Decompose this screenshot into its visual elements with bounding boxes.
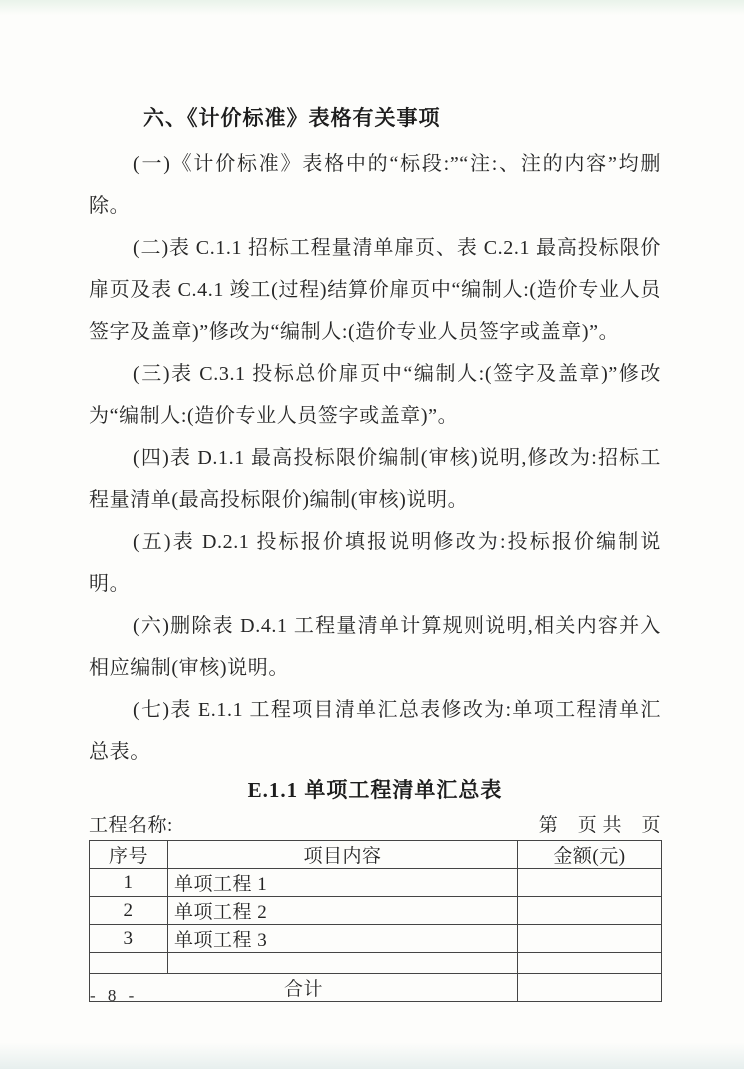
col-header-content: 项目内容 — [168, 841, 518, 869]
total-label: 合计 — [90, 974, 518, 1002]
table-meta-row: 工程名称: 第 页 共 页 — [89, 814, 661, 838]
page-number: - 8 - — [90, 986, 138, 1006]
page-of-pages-label: 第 页 共 页 — [539, 814, 661, 838]
table-row-empty — [90, 953, 662, 974]
row-amount — [518, 869, 662, 897]
scanned-document-page: 六、《计价标准》表格有关事项 (一)《计价标准》表格中的“标段:”“注:、注的内… — [0, 0, 744, 1069]
project-name-label: 工程名称: — [89, 814, 173, 838]
row-content: 单项工程 2 — [168, 897, 518, 925]
summary-table-title: E.1.1 单项工程清单汇总表 — [89, 777, 661, 803]
document-content: 六、《计价标准》表格有关事项 (一)《计价标准》表格中的“标段:”“注:、注的内… — [89, 103, 661, 1002]
paragraph-5: (五)表 D.2.1 投标报价填报说明修改为:投标报价编制说明。 — [89, 521, 661, 605]
row-seq: 2 — [90, 897, 168, 925]
row-amount — [518, 953, 662, 974]
scan-tint-bottom — [0, 1041, 744, 1069]
table-row: 2 单项工程 2 — [90, 897, 662, 925]
table-row: 3 单项工程 3 — [90, 925, 662, 953]
row-content — [168, 953, 518, 974]
total-amount — [518, 974, 662, 1002]
row-amount — [518, 897, 662, 925]
paragraph-2: (二)表 C.1.1 招标工程量清单扉页、表 C.2.1 最高投标限价扉页及表 … — [89, 227, 661, 353]
row-seq — [90, 953, 168, 974]
row-seq: 3 — [90, 925, 168, 953]
col-header-seq: 序号 — [90, 841, 168, 869]
table-total-row: 合计 — [90, 974, 662, 1002]
row-content: 单项工程 1 — [168, 869, 518, 897]
table-header-row: 序号 项目内容 金额(元) — [90, 841, 662, 869]
paragraph-7: (七)表 E.1.1 工程项目清单汇总表修改为:单项工程清单汇总表。 — [89, 689, 661, 773]
row-seq: 1 — [90, 869, 168, 897]
paragraph-1: (一)《计价标准》表格中的“标段:”“注:、注的内容”均删除。 — [89, 143, 661, 227]
table-row: 1 单项工程 1 — [90, 869, 662, 897]
row-amount — [518, 925, 662, 953]
col-header-amount: 金额(元) — [518, 841, 662, 869]
paragraph-6: (六)删除表 D.4.1 工程量清单计算规则说明,相关内容并入相应编制(审核)说… — [89, 605, 661, 689]
summary-table: 序号 项目内容 金额(元) 1 单项工程 1 2 单项工程 2 3 单项工程 3 — [89, 840, 662, 1002]
paragraph-4: (四)表 D.1.1 最高投标限价编制(审核)说明,修改为:招标工程量清单(最高… — [89, 437, 661, 521]
section-heading: 六、《计价标准》表格有关事项 — [89, 103, 661, 133]
paragraph-3: (三)表 C.3.1 投标总价扉页中“编制人:(签字及盖章)”修改为“编制人:(… — [89, 353, 661, 437]
scan-tint-top — [0, 0, 744, 16]
row-content: 单项工程 3 — [168, 925, 518, 953]
